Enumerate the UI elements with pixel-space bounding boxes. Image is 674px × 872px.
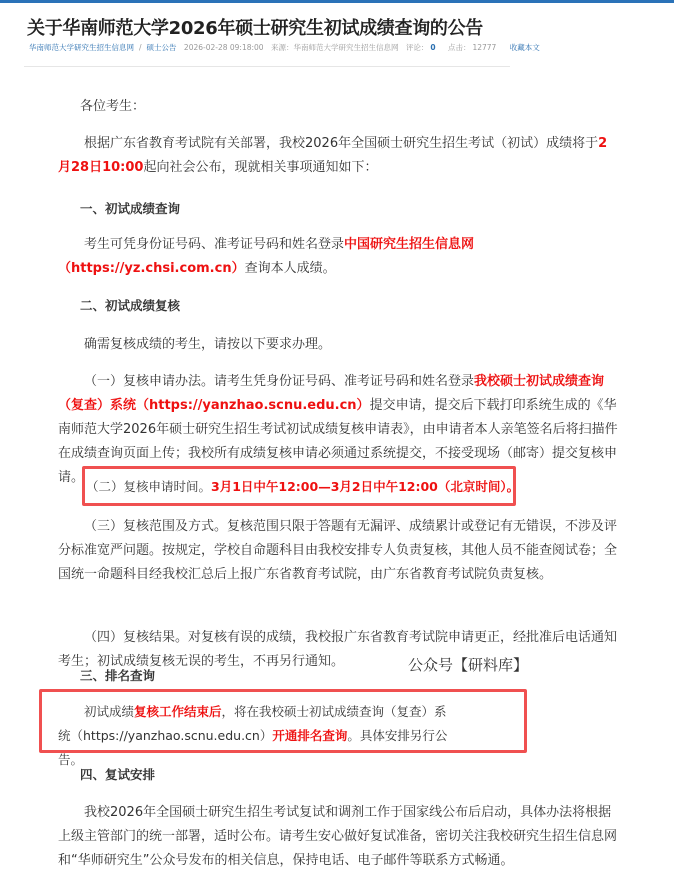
section3-heading: 三、排名查询 (80, 666, 155, 684)
section3-text: 初试成绩 (84, 704, 134, 719)
favorite-link[interactable]: 收藏本文 (510, 43, 540, 52)
breadcrumb-category-link[interactable]: 硕士公告 (147, 43, 177, 52)
item2-text: （二）复核申请时间。 (86, 479, 211, 494)
ranking-open-highlight: 开通排名查询 (272, 728, 347, 743)
source-value: 华南师范大学研究生招生信息网 (293, 43, 398, 52)
section1-text-end: 查询本人成绩。 (245, 261, 336, 276)
review-end-highlight: 复核工作结束后 (134, 704, 222, 719)
section2-item3: （三）复核范围及方式。复核范围只限于答题有无漏评、成绩累计或登记有无错误，不涉及… (58, 515, 618, 587)
clicks-count: 12777 (472, 43, 496, 52)
section2-item2: （二）复核申请时间。3月1日中午12:00—3月2日中午12:00（北京时间）。 (86, 475, 516, 499)
watermark-text: 公众号【研料库】 (408, 654, 528, 675)
section1-paragraph: 考生可凭身份证号码、准考证号码和姓名登录中国研究生招生信息网（https://y… (58, 233, 618, 281)
greeting: 各位考生： (80, 95, 640, 119)
comments-label: 评论： (406, 43, 429, 52)
page-title: 关于华南师范大学2026年硕士研究生初试成绩查询的公告 (27, 14, 483, 40)
top-accent-bar (0, 0, 674, 3)
section4-paragraph: 我校2026年全国硕士研究生招生考试复试和调剂工作于国家线公布后启动，具体办法将… (58, 801, 618, 872)
publish-datetime: 2026-02-28 09:18:00 (184, 43, 264, 52)
section1-text: 考生可凭身份证号码、准考证号码和姓名登录 (84, 237, 344, 252)
section1-heading: 一、初试成绩查询 (80, 199, 180, 217)
breadcrumb-separator: / (139, 43, 142, 52)
intro-text: 根据广东省教育考试院有关部署，我校2026年全国硕士研究生招生考试（初试）成绩将… (84, 136, 598, 151)
source-label: 来源： (271, 43, 294, 52)
article-meta: 华南师范大学研究生招生信息网/硕士公告 2026-02-28 09:18:00 … (29, 42, 545, 53)
breadcrumb-site-link[interactable]: 华南师范大学研究生招生信息网 (29, 43, 134, 52)
section3-paragraph: 初试成绩复核工作结束后，将在我校硕士初试成绩查询（复查）系统（https://y… (58, 700, 458, 772)
section2-heading: 二、初试成绩复核 (80, 296, 180, 314)
section4-heading: 四、复试安排 (80, 765, 155, 783)
intro-text-end: 起向社会公布，现就相关事项通知如下： (143, 160, 377, 175)
review-time-highlight: 3月1日中午12:00—3月2日中午12:00（北京时间）。 (211, 479, 519, 494)
comments-count: 0 (430, 43, 435, 52)
intro-paragraph: 根据广东省教育考试院有关部署，我校2026年全国硕士研究生招生考试（初试）成绩将… (58, 132, 618, 180)
section2-lead: 确需复核成绩的考生，请按以下要求办理。 (58, 333, 618, 357)
clicks-label: 点击： (448, 43, 471, 52)
item1-text: （一）复核申请办法。请考生凭身份证号码、准考证号码和姓名登录 (84, 374, 474, 389)
header-divider (24, 66, 510, 67)
